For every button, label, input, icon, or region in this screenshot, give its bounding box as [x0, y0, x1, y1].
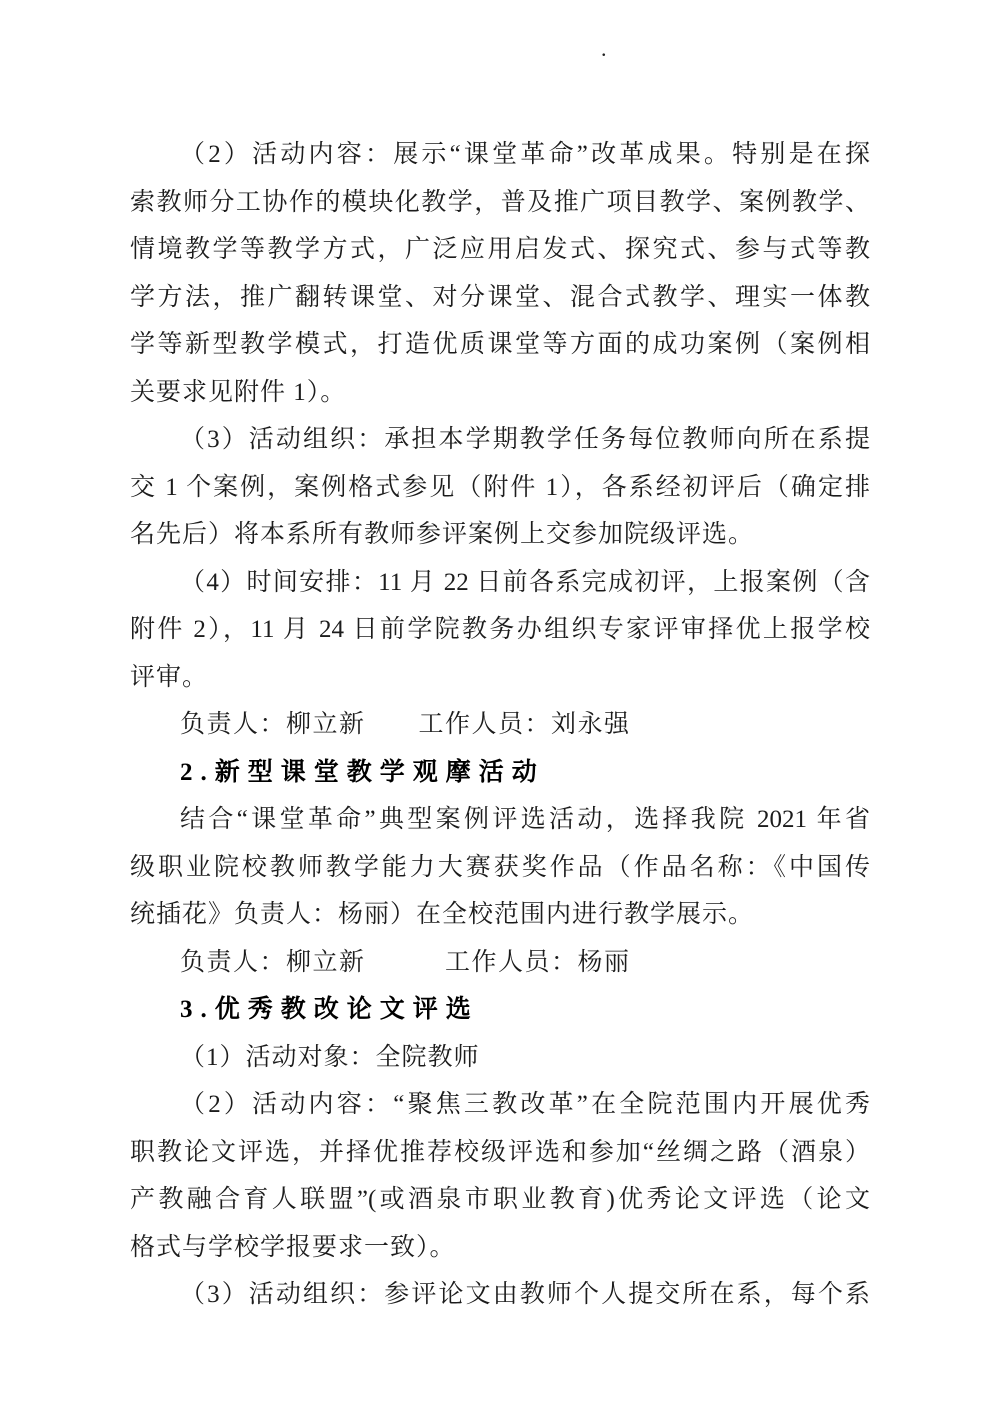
text-line: （2）活动内容：“聚焦三教改革”在全院范围内开展优秀 — [130, 1081, 870, 1129]
text-line: 负责人：柳立新 工作人员：刘永强 — [130, 701, 870, 749]
text-line: 职教论文评选，并择优推荐校级评选和参加“丝绸之路（酒泉） — [130, 1129, 870, 1177]
text-line: 产教融合育人联盟”(或酒泉市职业教育)优秀论文评选（论文 — [130, 1176, 870, 1224]
text-line: （3）活动组织：承担本学期教学任务每位教师向所在系提 — [130, 416, 870, 464]
text-line: 索教师分工协作的模块化教学，普及推广项目教学、案例教学、 — [130, 179, 870, 227]
text-line: 级职业院校教师教学能力大赛获奖作品（作品名称：《中国传 — [130, 844, 870, 892]
text-line: 学等新型教学模式，打造优质课堂等方面的成功案例（案例相 — [130, 321, 870, 369]
text-line: 学方法，推广翻转课堂、对分课堂、混合式教学、理实一体教 — [130, 274, 870, 322]
text-line: 评审。 — [130, 654, 870, 702]
text-line: （3）活动组织：参评论文由教师个人提交所在系，每个系 — [130, 1271, 870, 1319]
text-line: 情境教学等教学方式，广泛应用启发式、探究式、参与式等教 — [130, 226, 870, 274]
document-body: （2）活动内容：展示“课堂革命”改革成果。特别是在探索教师分工协作的模块化教学，… — [130, 131, 870, 1319]
document-page: . （2）活动内容：展示“课堂革命”改革成果。特别是在探索教师分工协作的模块化教… — [0, 0, 1000, 1414]
section-heading: 3.优秀教改论文评选 — [130, 986, 870, 1034]
text-line: 交 1 个案例，案例格式参见（附件 1），各系经初评后（确定排 — [130, 464, 870, 512]
text-line: （4）时间安排：11 月 22 日前各系完成初评，上报案例（含 — [130, 559, 870, 607]
text-line: （1）活动对象：全院教师 — [130, 1034, 870, 1082]
text-line: 名先后）将本系所有教师参评案例上交参加院级评选。 — [130, 511, 870, 559]
stray-dot: . — [601, 38, 607, 60]
text-line: （2）活动内容：展示“课堂革命”改革成果。特别是在探 — [130, 131, 870, 179]
text-line: 关要求见附件 1）。 — [130, 369, 870, 417]
text-line: 负责人：柳立新 工作人员：杨丽 — [130, 939, 870, 987]
section-heading: 2.新型课堂教学观摩活动 — [130, 749, 870, 797]
text-line: 格式与学校学报要求一致）。 — [130, 1224, 870, 1272]
text-line: 统插花》负责人：杨丽）在全校范围内进行教学展示。 — [130, 891, 870, 939]
text-line: 结合“课堂革命”典型案例评选活动，选择我院 2021 年省 — [130, 796, 870, 844]
text-line: 附件 2），11 月 24 日前学院教务办组织专家评审择优上报学校 — [130, 606, 870, 654]
